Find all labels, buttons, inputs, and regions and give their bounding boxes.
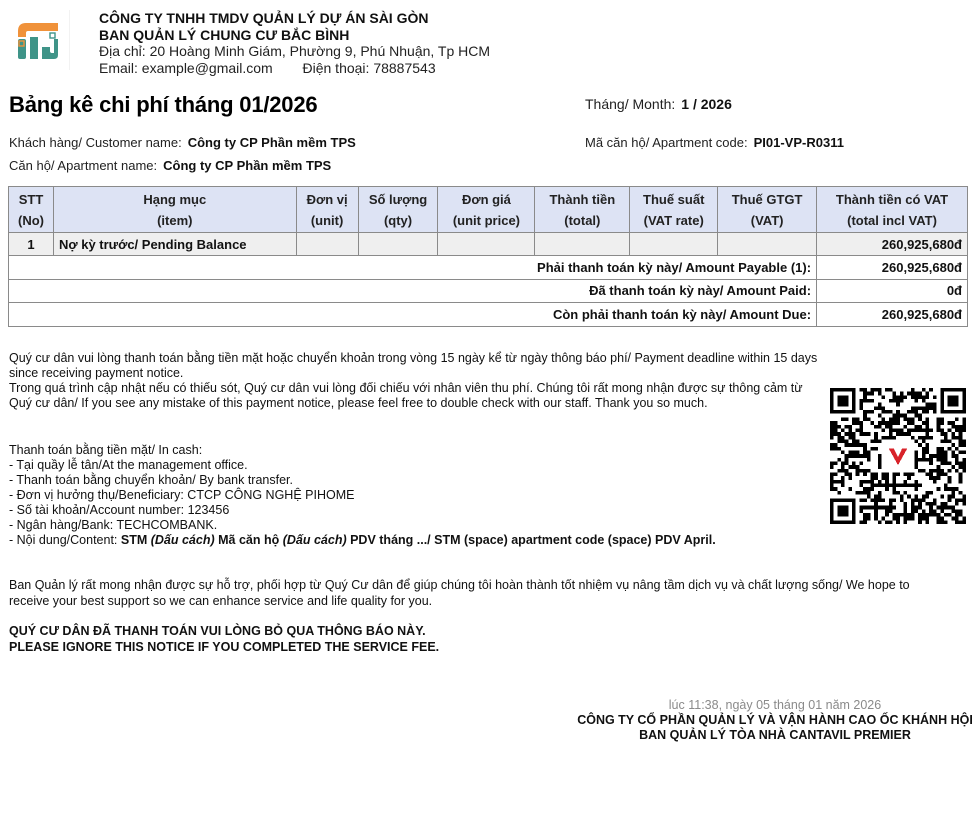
support-message: Ban Quản lý rất mong nhận được sự hỗ trợ… bbox=[9, 578, 949, 609]
col-header-qty: Số lượng(qty) bbox=[358, 187, 438, 233]
company-logo-icon bbox=[14, 19, 62, 61]
ignore-notice: QUÝ CƯ DÂN ĐÃ THANH TOÁN VUI LÒNG BỎ QUA… bbox=[9, 624, 439, 655]
table-row: 1 Nợ kỳ trước/ Pending Balance 260,925,6… bbox=[9, 233, 968, 256]
payment-notes: Quý cư dân vui lòng thanh toán bằng tiền… bbox=[9, 351, 819, 411]
col-header-no: STT(No) bbox=[9, 187, 54, 233]
operator-company: CÔNG TY CỔ PHẦN QUẢN LÝ VÀ VẬN HÀNH CAO … bbox=[575, 713, 975, 728]
amount-payable-value: 260,925,680đ bbox=[817, 256, 968, 280]
apartment-code-row: Mã căn hộ/ Apartment code:PI01-VP-R0311 bbox=[585, 135, 844, 150]
table-header-row: STT(No) Hạng mục(item) Đơn vị(unit) Số l… bbox=[9, 187, 968, 233]
cell-vat-rate bbox=[630, 233, 718, 256]
apartment-name-value: Công ty CP Phần mềm TPS bbox=[163, 158, 331, 173]
summary-row-amount-due: Còn phải thanh toán kỳ này/ Amount Due: … bbox=[9, 303, 968, 327]
signature-block: lúc 11:38, ngày 05 tháng 01 năm 2026 CÔN… bbox=[575, 698, 975, 743]
summary-row-amount-paid: Đã thanh toán kỳ này/ Amount Paid: 0đ bbox=[9, 279, 968, 303]
cell-unit-price bbox=[438, 233, 535, 256]
ignore-notice-en: PLEASE IGNORE THIS NOTICE IF YOU COMPLET… bbox=[9, 640, 439, 656]
amount-paid-value: 0đ bbox=[817, 279, 968, 303]
col-header-vat-rate: Thuế suất(VAT rate) bbox=[630, 187, 718, 233]
cell-unit bbox=[296, 233, 358, 256]
col-header-total: Thành tiền(total) bbox=[535, 187, 630, 233]
col-header-unit: Đơn vị(unit) bbox=[296, 187, 358, 233]
amount-payable-label: Phải thanh toán kỳ này/ Amount Payable (… bbox=[9, 256, 817, 280]
deadline-note: Quý cư dân vui lòng thanh toán bằng tiền… bbox=[9, 351, 819, 381]
letterhead: CÔNG TY TNHH TMDV QUẢN LÝ DỰ ÁN SÀI GÒN … bbox=[0, 0, 977, 90]
summary-row-amount-payable: Phải thanh toán kỳ này/ Amount Payable (… bbox=[9, 256, 968, 280]
apartment-name-label: Căn hộ/ Apartment name: bbox=[9, 158, 157, 173]
col-header-item: Hạng mục(item) bbox=[53, 187, 296, 233]
company-contact: Email: example@gmail.com Điện thoại: 788… bbox=[99, 60, 490, 77]
issued-timestamp: lúc 11:38, ngày 05 tháng 01 năm 2026 bbox=[575, 698, 975, 713]
amount-due-label: Còn phải thanh toán kỳ này/ Amount Due: bbox=[9, 303, 817, 327]
apartment-code-value: PI01-VP-R0311 bbox=[754, 135, 844, 150]
statement-title: Bảng kê chi phí tháng 01/2026 bbox=[9, 92, 317, 118]
apartment-code-label: Mã căn hộ/ Apartment code: bbox=[585, 135, 748, 150]
cell-total bbox=[535, 233, 630, 256]
col-header-total-incl-vat: Thành tiền có VAT(total incl VAT) bbox=[817, 187, 968, 233]
payment-line: - Đơn vị hưởng thụ/Beneficiary: CTCP CÔN… bbox=[9, 488, 819, 503]
cell-vat bbox=[718, 233, 817, 256]
payment-line: - Tại quầy lễ tân/At the management offi… bbox=[9, 458, 819, 473]
col-header-unit-price: Đơn giá(unit price) bbox=[438, 187, 535, 233]
company-info: CÔNG TY TNHH TMDV QUẢN LÝ DỰ ÁN SÀI GÒN … bbox=[99, 10, 490, 76]
fee-table: STT(No) Hạng mục(item) Đơn vị(unit) Số l… bbox=[8, 186, 968, 327]
amount-due-value: 260,925,680đ bbox=[817, 303, 968, 327]
cell-no: 1 bbox=[9, 233, 54, 256]
email-label: Email: bbox=[99, 60, 138, 76]
amount-paid-label: Đã thanh toán kỳ này/ Amount Paid: bbox=[9, 279, 817, 303]
customer-name-row: Khách hàng/ Customer name:Công ty CP Phầ… bbox=[9, 135, 356, 150]
transfer-content-line: - Nội dung/Content: STM (Dấu cách) Mã că… bbox=[9, 533, 819, 548]
company-address: Địa chỉ: 20 Hoàng Minh Giám, Phường 9, P… bbox=[99, 43, 490, 60]
cell-qty bbox=[358, 233, 438, 256]
month-label: Tháng/ Month: bbox=[585, 96, 675, 112]
payment-line: - Ngân hàng/Bank: TECHCOMBANK. bbox=[9, 518, 819, 533]
management-board-name: BAN QUẢN LÝ CHUNG CƯ BẮC BÌNH bbox=[99, 27, 490, 44]
email-value: example@gmail.com bbox=[142, 60, 273, 76]
phone-label: Điện thoại: bbox=[303, 60, 370, 76]
payment-line: - Thanh toán bằng chuyển khoản/ By bank … bbox=[9, 473, 819, 488]
apartment-name-row: Căn hộ/ Apartment name:Công ty CP Phần m… bbox=[9, 158, 331, 173]
payment-qr-code-icon bbox=[830, 388, 966, 524]
cell-item: Nợ kỳ trước/ Pending Balance bbox=[53, 233, 296, 256]
payment-instructions: Thanh toán bằng tiền mặt/ In cash: - Tại… bbox=[9, 443, 819, 548]
content-label: - Nội dung/Content: bbox=[9, 533, 121, 547]
month-value: 1 / 2026 bbox=[681, 96, 732, 112]
logo-divider bbox=[69, 10, 70, 70]
customer-label: Khách hàng/ Customer name: bbox=[9, 135, 182, 150]
building-management: BAN QUẢN LÝ TÒA NHÀ CANTAVIL PREMIER bbox=[575, 728, 975, 743]
mistake-note: Trong quá trình cập nhật nếu có thiếu só… bbox=[9, 381, 819, 411]
ignore-notice-vi: QUÝ CƯ DÂN ĐÃ THANH TOÁN VUI LÒNG BỎ QUA… bbox=[9, 624, 439, 640]
cell-total-incl-vat: 260,925,680đ bbox=[817, 233, 968, 256]
col-header-vat: Thuế GTGT(VAT) bbox=[718, 187, 817, 233]
statement-month: Tháng/ Month:1 / 2026 bbox=[585, 96, 732, 112]
cash-heading: Thanh toán bằng tiền mặt/ In cash: bbox=[9, 443, 819, 458]
customer-value: Công ty CP Phần mềm TPS bbox=[188, 135, 356, 150]
company-name: CÔNG TY TNHH TMDV QUẢN LÝ DỰ ÁN SÀI GÒN bbox=[99, 10, 490, 27]
phone-value: 78887543 bbox=[373, 60, 435, 76]
payment-line: - Số tài khoản/Account number: 123456 bbox=[9, 503, 819, 518]
